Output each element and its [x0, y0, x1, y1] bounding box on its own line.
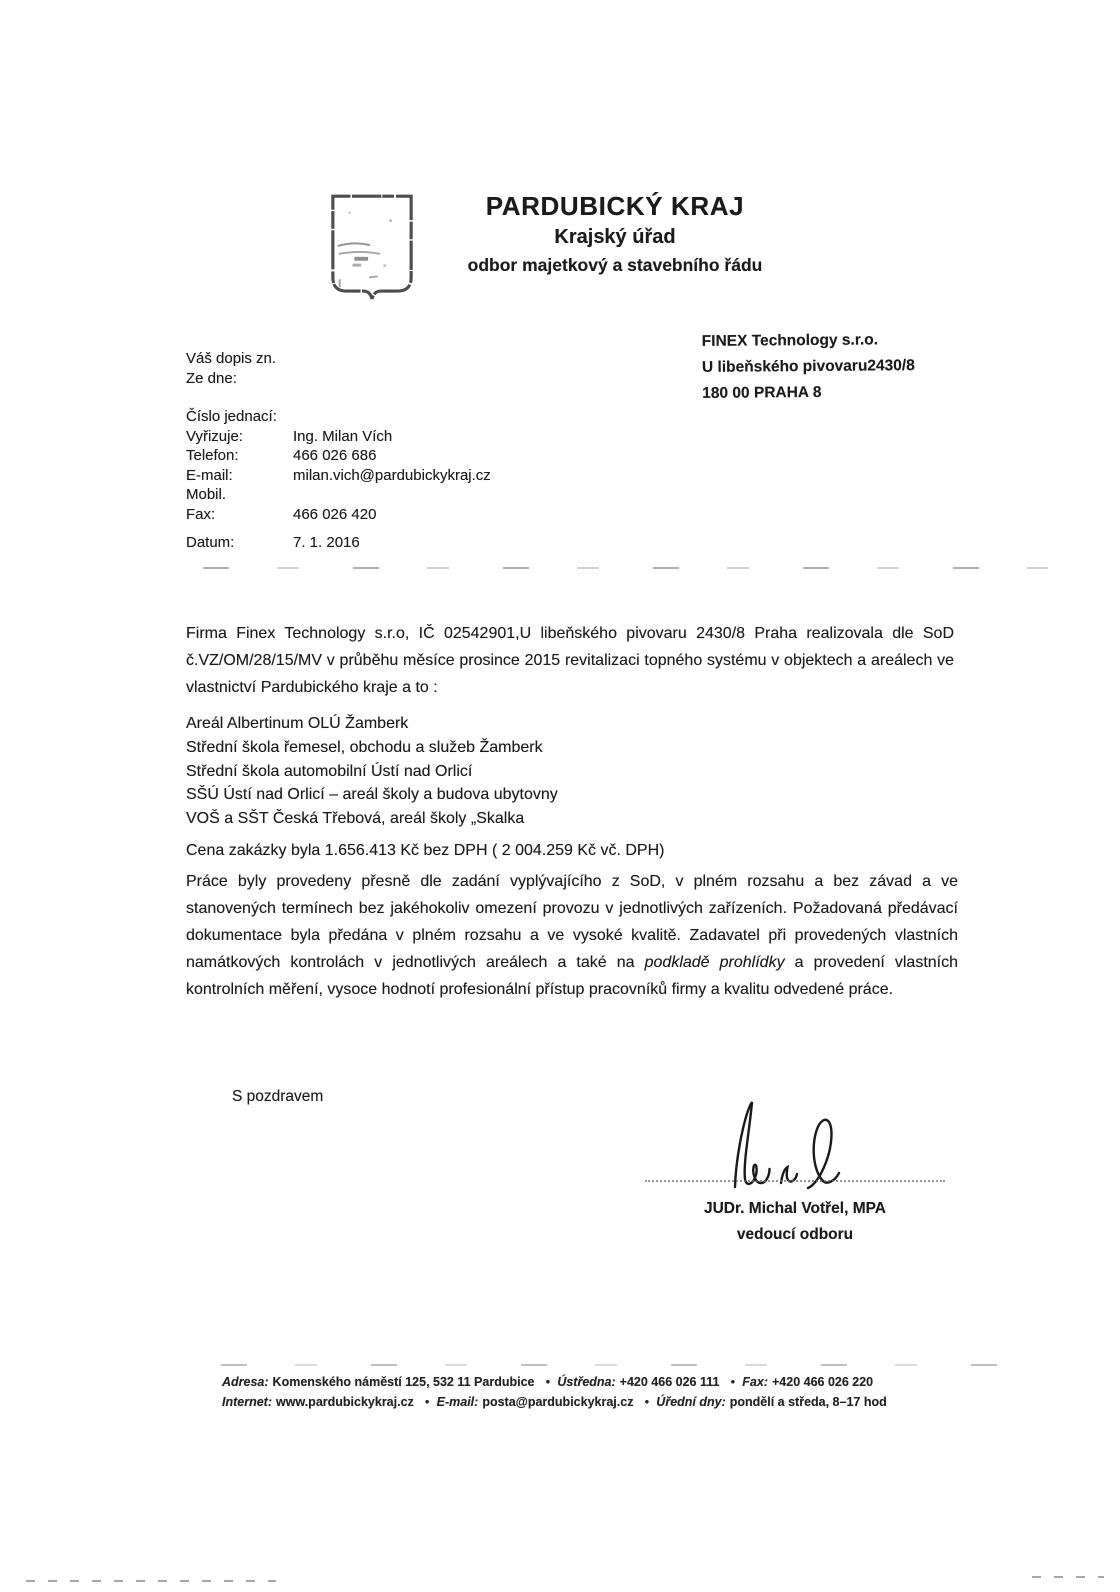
meta-row: E-mail: milan.vich@pardubickykraj.cz [186, 466, 491, 486]
footer-separator-line [221, 1364, 1011, 1366]
footer-value: www.pardubickykraj.cz [276, 1395, 414, 1409]
meta-label: Váš dopis zn. [186, 349, 293, 369]
organization-name: PARDUBICKÝ KRAJ [430, 191, 800, 222]
meta-value: 466 026 420 [293, 505, 376, 525]
footer-label: Adresa: [222, 1375, 269, 1389]
meta-label: Mobil. [186, 485, 293, 505]
letter-page: PARDUBICKÝ KRAJ Krajský úřad odbor majet… [0, 0, 1120, 1592]
footer-value: +420 466 026 111 [620, 1375, 720, 1389]
footer-label: Úřední dny: [656, 1395, 725, 1409]
assessment-paragraph: Práce byly provedeny přesně dle zadání v… [186, 868, 958, 1003]
price-line: Cena zakázky byla 1.656.413 Kč bez DPH (… [186, 842, 954, 860]
scan-separator-line [203, 567, 1048, 569]
meta-row: Ze dne: [186, 369, 293, 389]
bullet-separator-icon: ● [644, 1397, 649, 1406]
meta-label: Telefon: [186, 446, 293, 466]
date-field: Datum: 7. 1. 2016 [186, 533, 360, 553]
meta-label: Ze dne: [186, 369, 293, 389]
location-line: VOŠ a SŠT Česká Třebová, areál školy „Sk… [186, 807, 886, 831]
date-value: 7. 1. 2016 [293, 533, 360, 553]
recipient-address: FINEX Technology s.r.o. U libeňského piv… [702, 327, 915, 407]
footer-value: +420 466 026 220 [772, 1375, 873, 1389]
signatory-title: vedoucí odboru [640, 1222, 950, 1248]
meta-row: Mobil. [186, 485, 491, 505]
intro-paragraph: Firma Finex Technology s.r.o, IČ 0254290… [186, 620, 954, 701]
meta-label: Vyřizuje: [186, 427, 293, 447]
location-line: SŠÚ Ústí nad Orlicí – areál školy a budo… [186, 783, 886, 807]
scan-artifact-right [1032, 1576, 1104, 1578]
date-label: Datum: [186, 533, 293, 553]
meta-row: Vyřizuje: Ing. Milan Vích [186, 427, 491, 447]
meta-row: Číslo jednací: [186, 407, 491, 427]
meta-value: Ing. Milan Vích [293, 427, 392, 447]
footer-line-1: Adresa:Komenského náměstí 125, 532 11 Pa… [222, 1372, 1022, 1392]
footer-line-2: Internet:www.pardubickykraj.cz●E-mail:po… [222, 1392, 1022, 1412]
footer-label: Internet: [222, 1395, 272, 1409]
meta-row: Fax: 466 026 420 [186, 505, 491, 525]
bullet-separator-icon: ● [730, 1377, 735, 1386]
scan-artifact-left [26, 1580, 276, 1582]
signatory-block: JUDr. Michal Votřel, MPA vedoucí odboru [640, 1196, 950, 1248]
location-line: Střední škola automobilní Ústí nad Orlic… [186, 760, 886, 784]
meta-label: Číslo jednací: [186, 407, 293, 427]
locations-list: Areál Albertinum OLÚ Žamberk Střední ško… [186, 712, 886, 831]
reference-fields: Váš dopis zn. Ze dne: [186, 349, 293, 388]
meta-value: milan.vich@pardubickykraj.cz [293, 466, 491, 486]
meta-value: 466 026 686 [293, 446, 376, 466]
bullet-separator-icon: ● [425, 1397, 430, 1406]
closing-salutation: S pozdravem [232, 1088, 323, 1106]
office-name: Krajský úřad [430, 226, 800, 249]
location-line: Areál Albertinum OLÚ Žamberk [186, 712, 886, 736]
meta-row: Datum: 7. 1. 2016 [186, 533, 360, 553]
footer-value: pondělí a středa, 8–17 hod [730, 1395, 887, 1409]
recipient-company: FINEX Technology s.r.o. [702, 327, 915, 355]
location-line: Střední škola řemesel, obchodu a služeb … [186, 736, 886, 760]
assessment-text-italic: podkladě prohlídky [645, 954, 785, 971]
recipient-street: U libeňského pivovaru2430/8 [702, 353, 915, 381]
footer-label: E-mail: [437, 1395, 479, 1409]
footer-value: posta@pardubickykraj.cz [482, 1395, 633, 1409]
signatory-name: JUDr. Michal Votřel, MPA [640, 1196, 950, 1222]
letterhead: PARDUBICKÝ KRAJ Krajský úřad odbor majet… [430, 191, 800, 276]
recipient-city: 180 00 PRAHA 8 [702, 379, 915, 407]
footer-value: Komenského náměstí 125, 532 11 Pardubice [273, 1375, 535, 1389]
contact-fields: Číslo jednací: Vyřizuje: Ing. Milan Vích… [186, 407, 491, 524]
signature-dotted-line [645, 1180, 945, 1182]
department-name: odbor majetkový a stavebního řádu [430, 255, 800, 276]
bullet-separator-icon: ● [545, 1377, 550, 1386]
footer-label: Ústředna: [557, 1375, 615, 1389]
meta-label: Fax: [186, 505, 293, 525]
footer-label: Fax: [742, 1375, 768, 1389]
coat-of-arms-icon [326, 190, 418, 308]
meta-row: Váš dopis zn. [186, 349, 293, 369]
meta-row: Telefon: 466 026 686 [186, 446, 491, 466]
meta-label: E-mail: [186, 466, 293, 486]
